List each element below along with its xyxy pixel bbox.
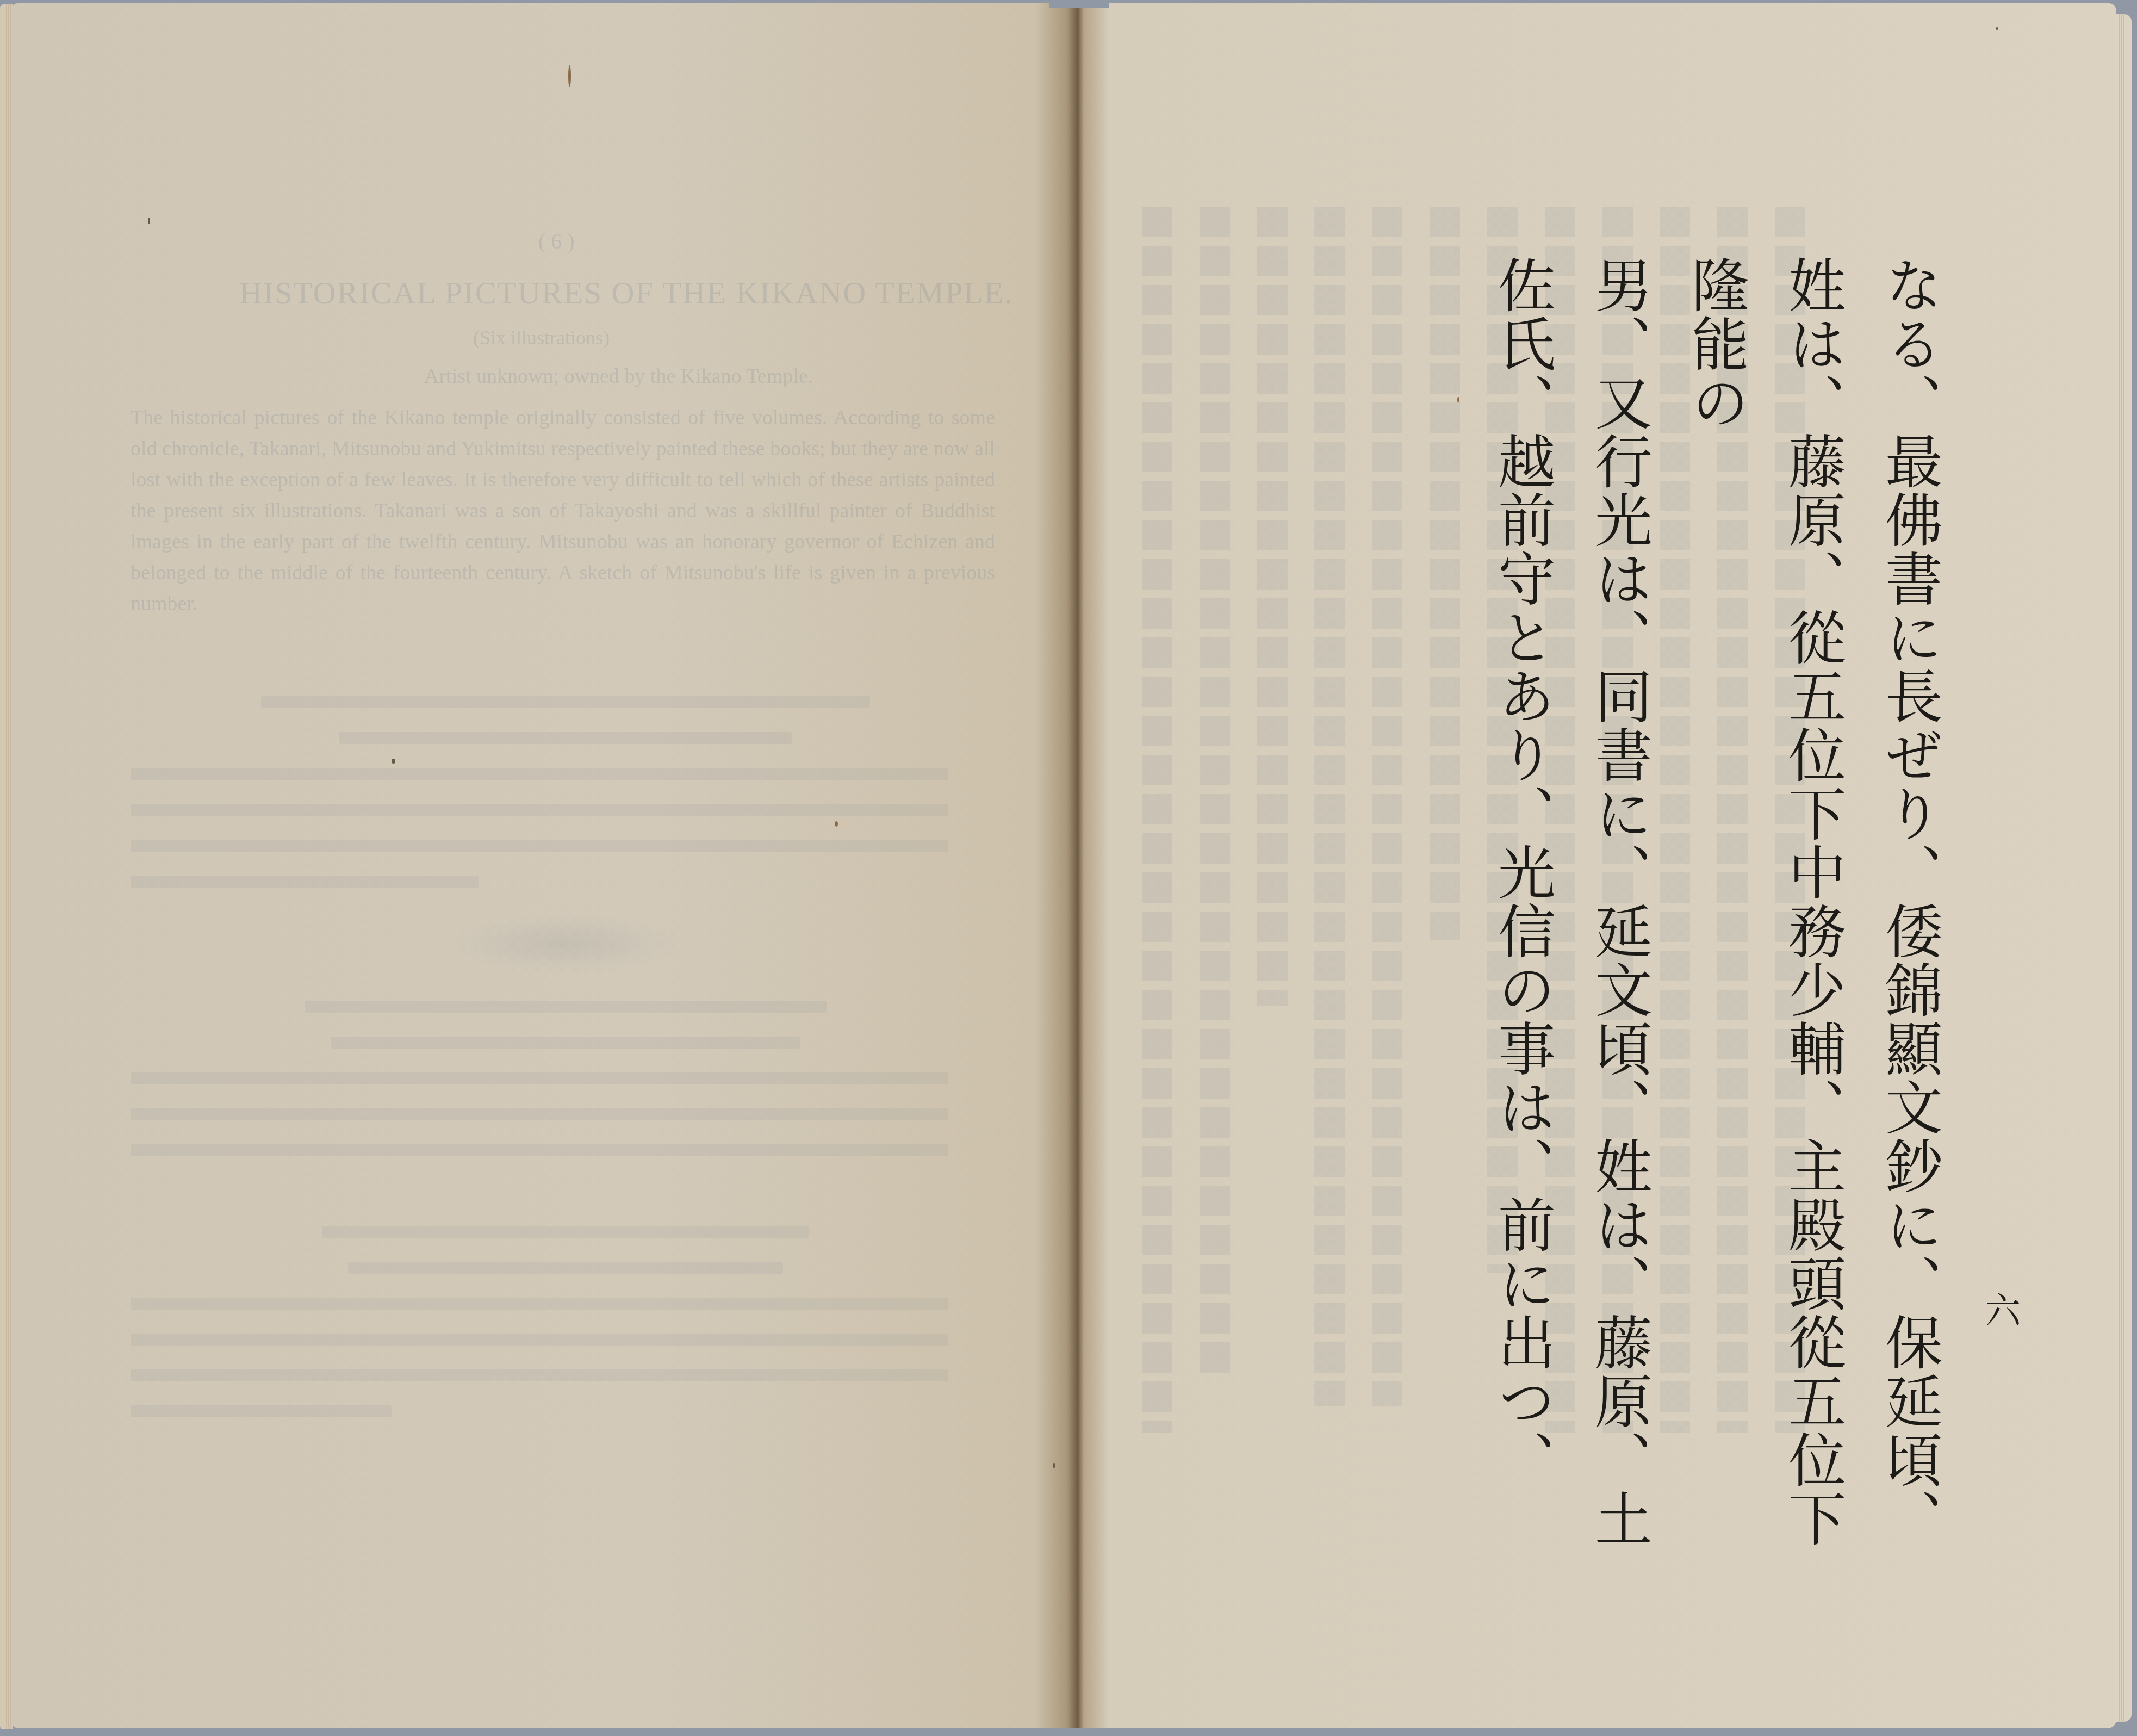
ghost-line: [131, 768, 948, 780]
gutter-gap: [1049, 0, 1109, 8]
show-through-illegible-block: [131, 696, 1001, 1441]
ghost-column: [1200, 207, 1230, 1379]
show-through-page-mark: ( 6 ): [538, 228, 575, 254]
ghost-column: [1257, 207, 1288, 1006]
paper-speck: [392, 759, 395, 764]
text-column-1: なる、最佛書に長ぜり、倭錦顯文鈔に、保延頃、姓は、藤原、從五位下中務少輔、主殿頭…: [1667, 256, 1958, 1572]
ghost-line: [131, 1298, 948, 1310]
ghost-line: [305, 1001, 827, 1013]
show-through-ornament: [446, 914, 685, 974]
ghost-column: [1314, 207, 1345, 1406]
ghost-line: [322, 1226, 809, 1238]
paper-speck: [1053, 1463, 1055, 1468]
text-column-2: 男、又行光は、同書に、延文頃、姓は、藤原、土佐氏、越前守とあり、光信の事は、前に…: [1474, 256, 1667, 1572]
ghost-line: [261, 696, 870, 708]
show-through-artist-line: Artist unknown; owned by the Kikano Temp…: [424, 364, 813, 388]
paper-speck: [835, 821, 838, 827]
paper-speck: [1457, 397, 1459, 402]
paper-speck: [148, 218, 150, 224]
ghost-line: [331, 1037, 800, 1049]
ghost-column: [1372, 207, 1402, 1406]
ghost-line: [131, 1108, 948, 1120]
paper-speck: [1996, 27, 1998, 30]
ghost-column: [1430, 207, 1460, 940]
main-text-block: なる、最佛書に長ぜり、倭錦顯文鈔に、保延頃、姓は、藤原、從五位下中務少輔、主殿頭…: [1474, 256, 1958, 1572]
show-through-title: HISTORICAL PICTURES OF THE KIKANO TEMPLE…: [239, 275, 1014, 311]
ghost-line: [131, 1369, 948, 1381]
ghost-line: [348, 1262, 783, 1274]
ghost-column: [1142, 207, 1172, 1433]
page-edge-stack-left: [0, 4, 13, 1729]
ghost-line: [131, 876, 479, 888]
ghost-line: [131, 1334, 948, 1346]
ghost-line: [131, 804, 948, 816]
paper-speck: [568, 65, 571, 87]
show-through-subtitle: (Six illustrations): [473, 326, 610, 349]
ghost-line: [131, 1144, 948, 1156]
ghost-line: [131, 1072, 948, 1084]
ghost-line: [131, 840, 948, 852]
ghost-line: [131, 1405, 392, 1417]
book-spread: ( 6 ) HISTORICAL PICTURES OF THE KIKANO …: [0, 0, 2137, 1736]
page-number: 六: [1974, 1292, 2026, 1328]
ghost-line: [339, 732, 792, 744]
show-through-paragraph: The historical pictures of the Kikano te…: [131, 402, 995, 619]
page-edge-stack-right: [2115, 14, 2132, 1722]
